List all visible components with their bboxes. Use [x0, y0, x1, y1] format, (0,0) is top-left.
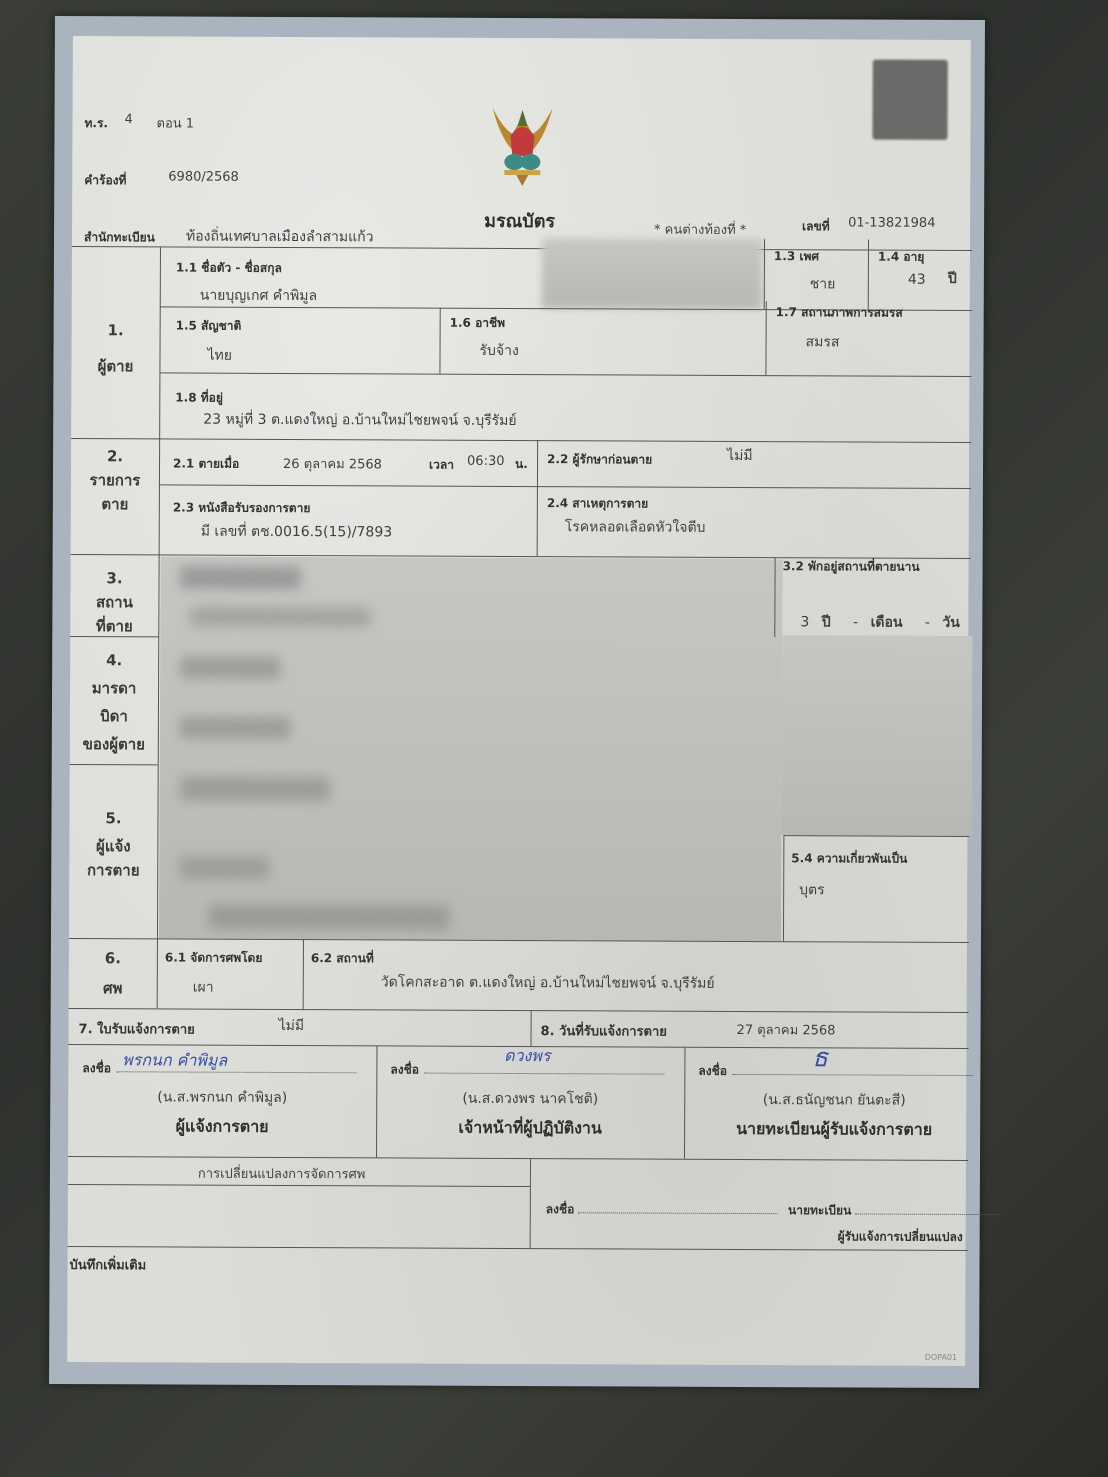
- report-date-label: 8. วันที่รับแจ้งการตาย: [541, 1020, 667, 1042]
- divider: [159, 484, 971, 489]
- section2-title-line1: รายการ: [71, 468, 159, 492]
- stay-duration: 3 ปี - เดือน - วัน: [800, 611, 960, 634]
- divider: [530, 1158, 531, 1248]
- died-value: 26 ตุลาคม 2568: [283, 453, 382, 474]
- section6-title: ศพ: [69, 976, 157, 1000]
- signature-officer: ลงชื่อ ดวงพร (น.ส.ดวงพร นาคโชติ) เจ้าหน้…: [376, 1057, 684, 1141]
- redacted-text: [180, 567, 300, 590]
- days-unit: วัน: [942, 615, 960, 631]
- redacted-text: [180, 717, 290, 739]
- sex-label: 1.3 เพศ: [774, 247, 819, 266]
- signature-informant: ลงชื่อ พรกนก คำพิมูล (น.ส.พรกนก คำพิมูล)…: [68, 1056, 376, 1140]
- signer-name: (น.ส.ธนัญชนก ยันตะสี): [684, 1089, 984, 1112]
- section4-title-line3: ของผู้ตาย: [70, 732, 158, 756]
- sign-label: ลงชื่อ: [698, 1064, 727, 1078]
- print-code: DOPA01: [925, 1353, 957, 1362]
- handling-label: 6.1 จัดการศพโดย: [165, 948, 263, 967]
- section5-title-line2: การตาย: [69, 858, 157, 882]
- caregiver-label: 2.2 ผู้รักษาก่อนตาย: [547, 450, 652, 469]
- registry-office-label: สำนักทะเบียน: [84, 228, 155, 247]
- name-value: นายบุญเกศ คำพิมูล: [200, 285, 317, 308]
- section5-number: 5.: [69, 806, 157, 830]
- stay-days: -: [925, 615, 930, 631]
- change-registrar-line: [855, 1202, 999, 1215]
- sign-label: ลงชื่อ: [82, 1061, 111, 1075]
- certificate-label: 2.3 หนังสือรับรองการตาย: [173, 498, 311, 518]
- redacted-id: [542, 238, 762, 309]
- change-heading: การเปลี่ยนแปลงการจัดการศพ: [198, 1163, 366, 1185]
- divider: [72, 246, 972, 251]
- section4-number: 4.: [70, 648, 158, 672]
- section4-title-line2: บิดา: [70, 704, 158, 728]
- cause-label: 2.4 สาเหตุการตาย: [547, 494, 648, 513]
- section4-heading: 4. มารดา บิดา ของผู้ตาย: [70, 648, 158, 756]
- change-receiver-label: ผู้รับแจ้งการเปลี่ยนแปลง: [838, 1227, 963, 1247]
- garuda-emblem-icon: [482, 98, 562, 188]
- divider: [868, 240, 869, 310]
- relation-value: บุตร: [799, 879, 825, 901]
- certificate-paper: ท.ร. 4 ตอน 1 คำร้องที่ 6980/2568 มรณบัตร…: [67, 36, 971, 1366]
- age-unit: ปี: [948, 268, 957, 290]
- page-title: มรณบัตร: [484, 206, 555, 235]
- non-resident-mark: * คนต่างท้องที่ *: [654, 219, 746, 240]
- years-unit: ปี: [822, 614, 831, 630]
- cause-value: โรคหลอดเลือดหัวใจตีบ: [565, 516, 706, 539]
- name-label: 1.1 ชื่อตัว - ชื่อสกุล: [176, 259, 282, 278]
- request-label: คำร้องที่: [84, 171, 126, 190]
- section1-number: 1.: [72, 318, 160, 342]
- address-value: 23 หมู่ที่ 3 ต.แดงใหญ่ อ.บ้านใหม่ไชยพจน์…: [203, 409, 516, 432]
- redacted-text: [180, 657, 280, 679]
- signer-role: เจ้าหน้าที่ผู้ปฏิบัติงาน: [376, 1115, 684, 1141]
- place-label: 6.2 สถานที่: [311, 949, 374, 968]
- section3-heading: 3. สถาน ที่ตาย: [70, 566, 158, 638]
- divider: [537, 440, 539, 556]
- section1-heading: 1. ผู้ตาย: [71, 318, 159, 378]
- section6-number: 6.: [69, 946, 157, 970]
- divider: [68, 1156, 968, 1161]
- divider: [764, 239, 765, 309]
- request-value: 6980/2568: [168, 169, 239, 184]
- redacted-region: [781, 635, 972, 836]
- section3-title-line1: สถาน: [70, 590, 158, 614]
- change-registrar-label: นายทะเบียน: [788, 1203, 851, 1217]
- certificate-value: มี เลขที่ ตช.0016.5(15)/7893: [201, 521, 393, 544]
- time-unit: น.: [515, 455, 528, 474]
- caregiver-value: ไม่มี: [727, 445, 753, 467]
- died-label: 2.1 ตายเมื่อ: [173, 454, 239, 473]
- change-sign-line: [578, 1201, 778, 1214]
- divider: [68, 1184, 530, 1187]
- redacted-text: [209, 905, 449, 930]
- signer-name: (น.ส.พรกนก คำพิมูล): [68, 1086, 376, 1109]
- divider: [71, 438, 971, 443]
- time-label: เวลา: [429, 456, 454, 475]
- marital-value: สมรส: [806, 331, 840, 353]
- section6-heading: 6. ศพ: [69, 946, 157, 1000]
- section2-number: 2.: [71, 444, 159, 468]
- receipt-label: 7. ใบรับแจ้งการตาย: [79, 1018, 195, 1040]
- handwritten-signature: ดวงพร: [504, 1044, 550, 1069]
- number-label: เลขที่: [802, 217, 830, 236]
- occupation-value: รับจ้าง: [479, 340, 518, 362]
- divider: [765, 301, 766, 375]
- section3-title-line2: ที่ตาย: [70, 614, 158, 638]
- divider: [68, 1246, 968, 1251]
- section3-number: 3.: [70, 566, 158, 590]
- registry-office-value: ท้องถิ่นเทศบาลเมืองลำสามแก้ว: [186, 226, 374, 249]
- change-sign-row: ลงชื่อ นายทะเบียน: [546, 1200, 999, 1221]
- stay-label: 3.2 พักอยู่สถานที่ตายนาน: [783, 557, 920, 577]
- section2-title-line2: ตาย: [71, 492, 159, 516]
- death-certificate-sheet: ท.ร. 4 ตอน 1 คำร้องที่ 6980/2568 มรณบัตร…: [49, 16, 985, 1388]
- redacted-text: [180, 777, 330, 802]
- handwritten-signature: พรกนก คำพิมูล: [122, 1048, 227, 1073]
- section5-title-line1: ผู้แจ้ง: [69, 834, 157, 858]
- redacted-text: [190, 607, 370, 628]
- signature-registrar: ลงชื่อ ธ (น.ส.ธนัญชนก ยันตะสี) นายทะเบีย…: [684, 1059, 984, 1143]
- time-value: 06:30: [467, 454, 505, 469]
- number-value: 01-13821984: [848, 215, 935, 230]
- receipt-value: ไม่มี: [279, 1015, 305, 1037]
- section2-heading: 2. รายการ ตาย: [71, 444, 159, 516]
- divider: [70, 764, 158, 765]
- age-value: 43: [908, 272, 926, 288]
- months-unit: เดือน: [871, 615, 903, 631]
- divider: [303, 939, 304, 1009]
- ton-label: ตอน 1: [156, 112, 194, 133]
- handling-value: เผา: [193, 977, 214, 999]
- nationality-label: 1.5 สัญชาติ: [176, 317, 242, 336]
- place-value: วัดโคกสะอาด ต.แดงใหญ่ อ.บ้านใหม่ไชยพจน์ …: [381, 971, 715, 994]
- sign-label: ลงชื่อ: [390, 1062, 419, 1076]
- signer-role: ผู้แจ้งการตาย: [68, 1114, 376, 1140]
- divider: [159, 372, 971, 377]
- divider: [783, 835, 784, 941]
- divider: [783, 835, 969, 837]
- notes-label: บันทึกเพิ่มเติม: [69, 1254, 146, 1275]
- tr-label: ท.ร.: [84, 114, 108, 133]
- address-label: 1.8 ที่อยู่: [175, 389, 223, 408]
- section5-heading: 5. ผู้แจ้ง การตาย: [69, 806, 157, 882]
- redacted-text: [179, 857, 269, 879]
- tr-value: 4: [125, 112, 133, 127]
- handwritten-signature: ธ: [812, 1037, 828, 1078]
- redacted-photo-box: [872, 60, 947, 140]
- stay-months: -: [853, 614, 858, 630]
- change-sign-label: ลงชื่อ: [546, 1202, 575, 1216]
- divider: [530, 1010, 531, 1046]
- signer-role: นายทะเบียนผู้รับแจ้งการตาย: [684, 1117, 984, 1143]
- section1-title: ผู้ตาย: [71, 354, 159, 378]
- divider: [439, 308, 440, 374]
- signer-name: (น.ส.ดวงพร นาคโชติ): [376, 1087, 684, 1110]
- age-label: 1.4 อายุ: [878, 248, 925, 267]
- occupation-label: 1.6 อาชีพ: [450, 314, 506, 333]
- section4-title-line1: มารดา: [70, 676, 158, 700]
- divider: [69, 1008, 969, 1013]
- marital-label: 1.7 สถานภาพการสมรส: [776, 303, 903, 323]
- relation-label: 5.4 ความเกี่ยวพันเป็น: [791, 849, 907, 869]
- stay-years: 3: [800, 614, 809, 630]
- sex-value: ชาย: [810, 273, 836, 295]
- nationality-value: ไทย: [207, 345, 232, 367]
